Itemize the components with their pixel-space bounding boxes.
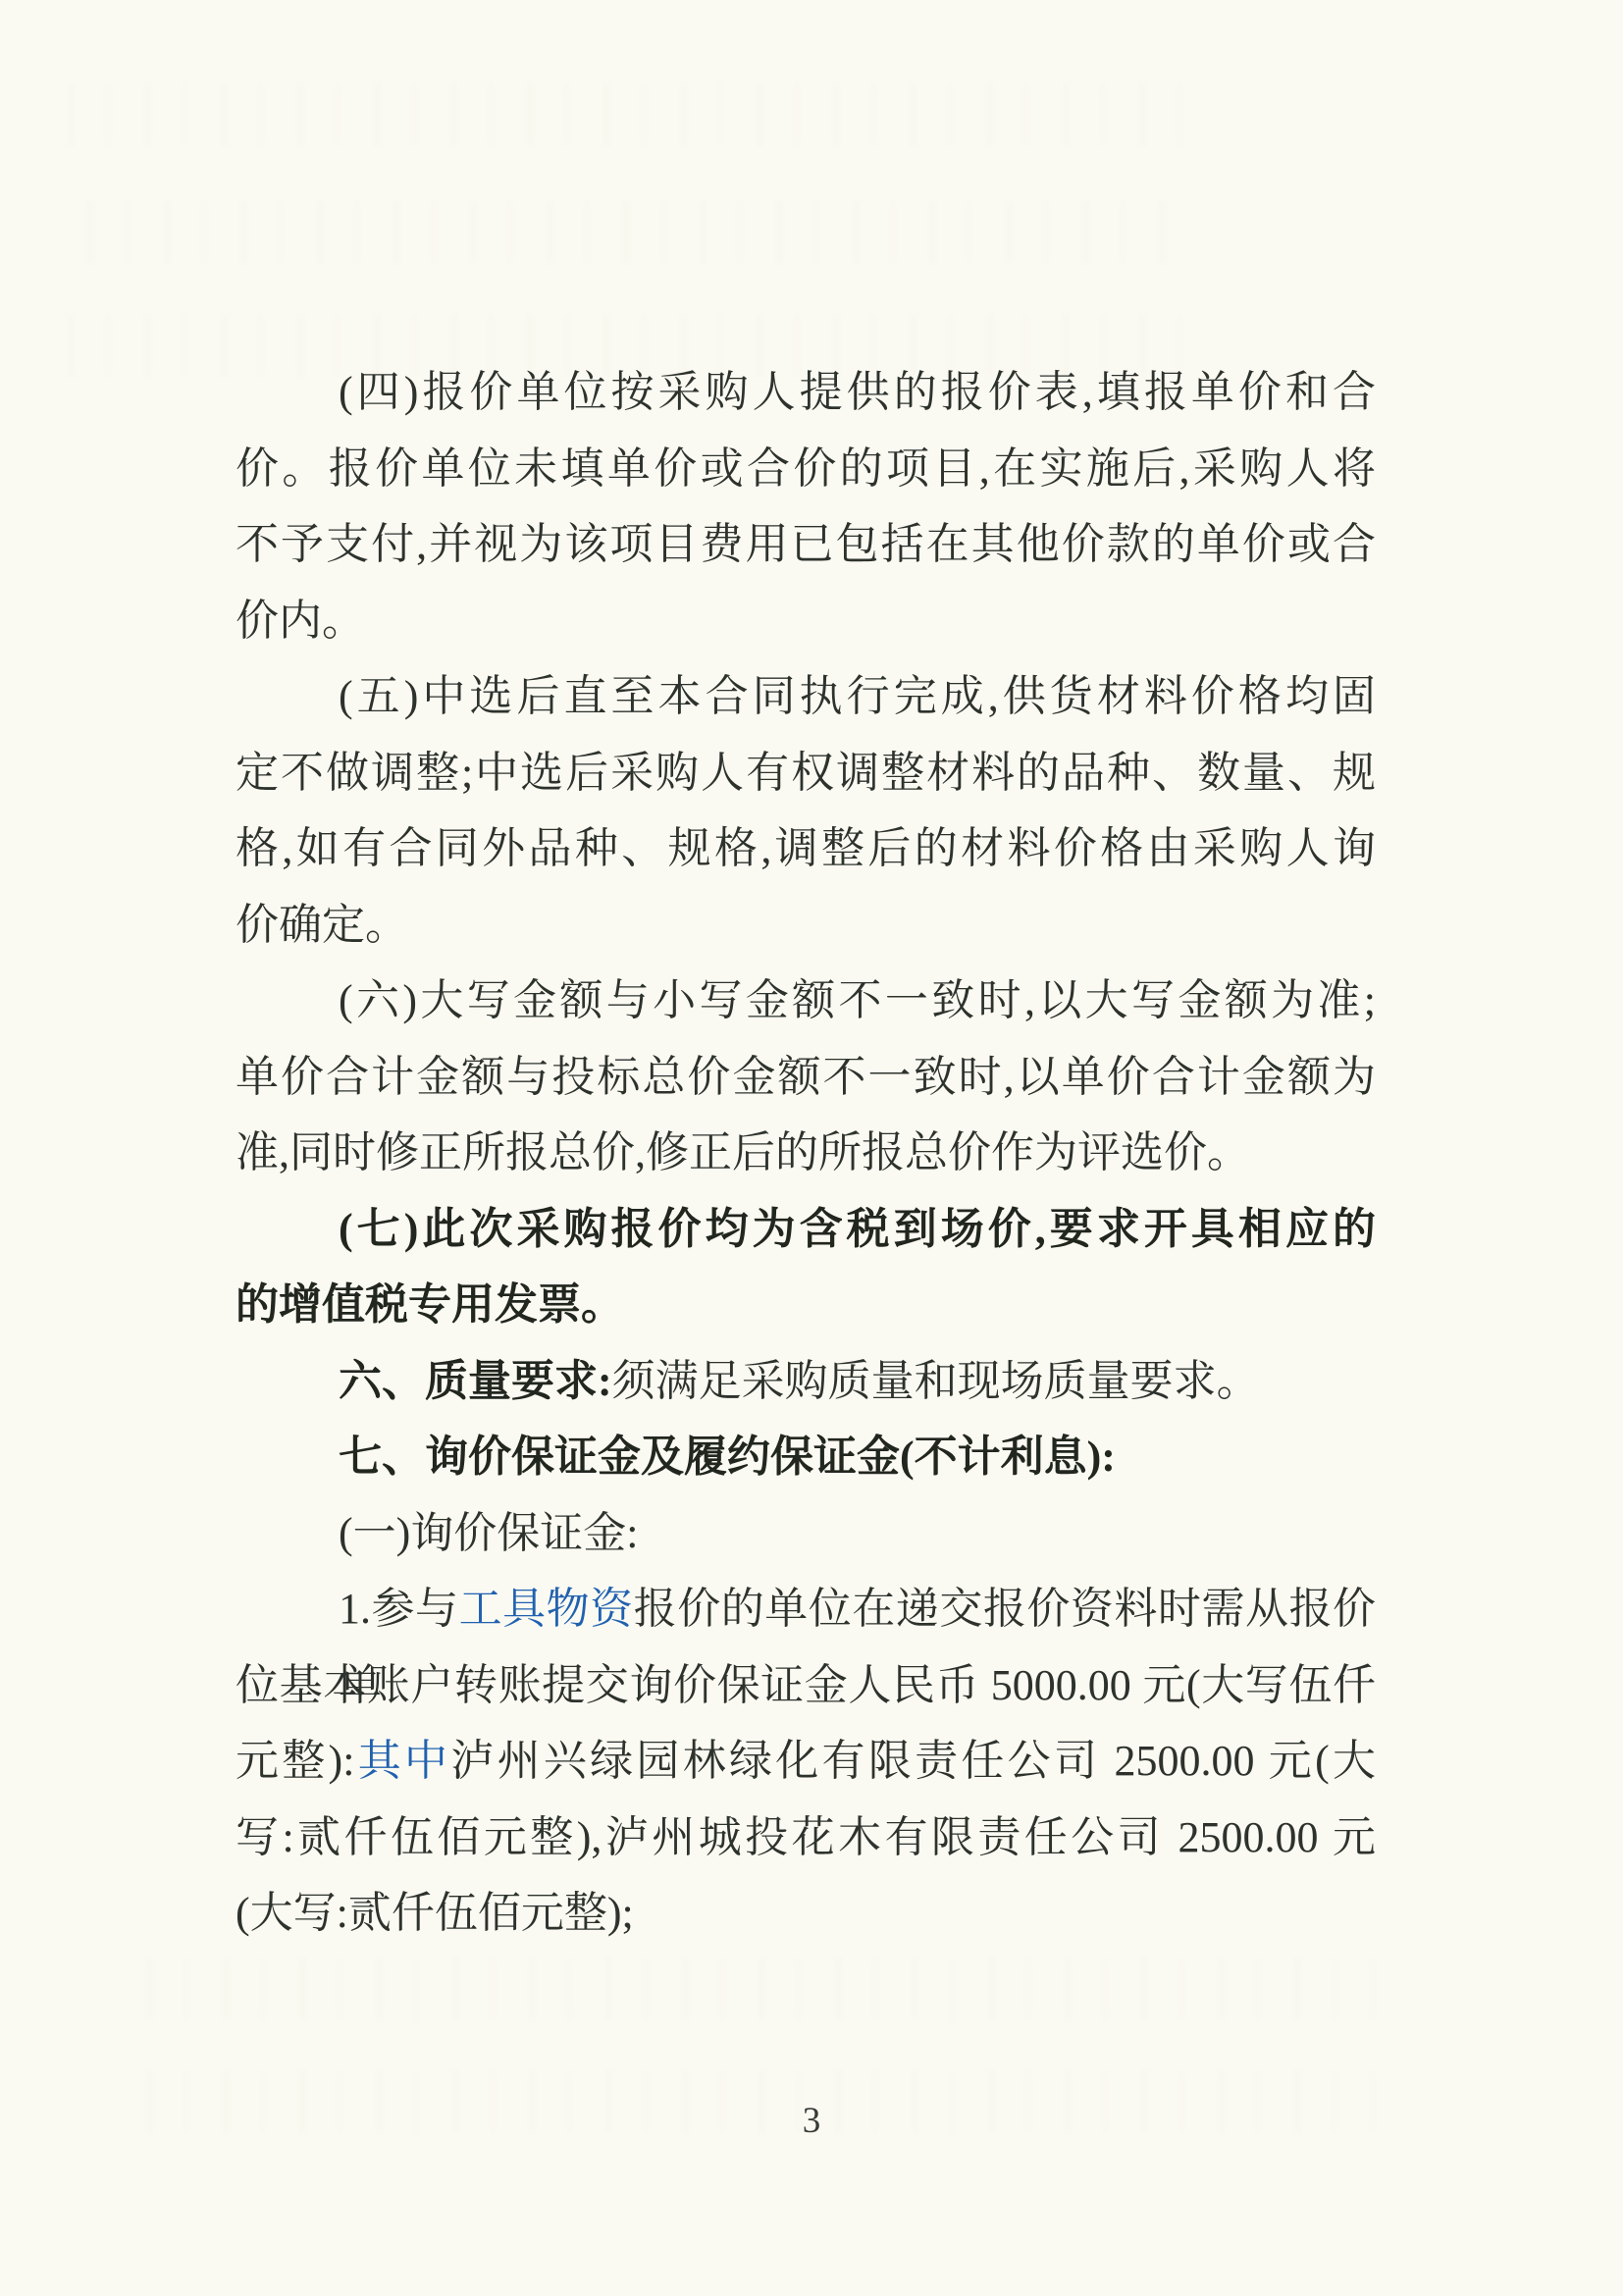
text-run: 须满足采购质量和现场质量要求。 — [612, 1357, 1260, 1405]
text-run: 1.参与 — [339, 1585, 459, 1633]
text-run: 写:贰仟伍佰元整),泸州城投花木有限责任公司 2500.00 元 — [236, 1813, 1376, 1861]
text-run: 价内。 — [236, 597, 365, 645]
text-line: 元整):其中泸州兴绿园林绿化有限责任公司 2500.00 元(大 — [236, 1723, 1376, 1800]
text-line: 七、询价保证金及履约保证金(不计利息): — [236, 1419, 1376, 1495]
text-line: (一)询价保证金: — [236, 1495, 1376, 1572]
text-line: 写:贰仟伍佰元整),泸州城投花木有限责任公司 2500.00 元 — [236, 1800, 1376, 1876]
text-run: (五)中选后直至本合同执行完成,供货材料价格均固 — [339, 672, 1376, 720]
text-line: 六、质量要求:须满足采购质量和现场质量要求。 — [236, 1343, 1376, 1420]
text-run: 工具物资 — [459, 1585, 634, 1633]
bleedthrough-artifact — [88, 201, 1168, 264]
text-run: 六、质量要求: — [339, 1357, 612, 1405]
text-run: 定不做调整;中选后采购人有权调整材料的品种、数量、规 — [236, 749, 1376, 797]
bleedthrough-artifact — [69, 83, 1197, 146]
bleedthrough-artifact — [147, 1957, 1374, 2020]
document-body: (四)报价单位按采购人提供的报价表,填报单价和合价。报价单位未填单价或合价的项目… — [236, 354, 1376, 1952]
text-run: 其中 — [354, 1737, 450, 1785]
text-line: 价内。 — [236, 583, 1376, 659]
text-line: (四)报价单位按采购人提供的报价表,填报单价和合 — [236, 354, 1376, 431]
text-run: 准,同时修正所报总价,修正后的所报总价作为评选价。 — [236, 1128, 1250, 1176]
text-run: 泸州兴绿园林绿化有限责任公司 2500.00 元(大 — [450, 1737, 1376, 1785]
text-line: 价确定。 — [236, 887, 1376, 964]
text-run: 价。报价单位未填单价或合价的项目,在实施后,采购人将 — [236, 444, 1376, 493]
text-run: 单价合计金额与投标总价金额不一致时,以单价合计金额为 — [236, 1053, 1376, 1101]
text-line: (六)大写金额与小写金额不一致时,以大写金额为准; — [236, 963, 1376, 1039]
text-line: 定不做调整;中选后采购人有权调整材料的品种、数量、规 — [236, 735, 1376, 811]
text-run: 价确定。 — [236, 901, 408, 949]
text-line: (五)中选后直至本合同执行完成,供货材料价格均固 — [236, 658, 1376, 735]
page-number: 3 — [0, 2098, 1623, 2145]
text-line: 格,如有合同外品种、规格,调整后的材料价格由采购人询 — [236, 810, 1376, 887]
text-run: 位基本账户转账提交询价保证金人民币 5000.00 元(大写伍仟 — [236, 1661, 1376, 1709]
text-run: (一)询价保证金: — [339, 1509, 639, 1557]
text-line: 准,同时修正所报总价,修正后的所报总价作为评选价。 — [236, 1115, 1376, 1191]
text-run: 格,如有合同外品种、规格,调整后的材料价格由采购人询 — [236, 824, 1376, 872]
text-run: (大写:贰仟伍佰元整); — [236, 1889, 634, 1937]
text-run: (七)此次采购报价均为含税到场价,要求开具相应的 — [339, 1205, 1376, 1253]
text-run: (四)报价单位按采购人提供的报价表,填报单价和合 — [339, 368, 1376, 416]
text-line: 不予支付,并视为该项目费用已包括在其他价款的单价或合 — [236, 506, 1376, 583]
text-line: 单价合计金额与投标总价金额不一致时,以单价合计金额为 — [236, 1039, 1376, 1116]
text-line: 位基本账户转账提交询价保证金人民币 5000.00 元(大写伍仟 — [236, 1647, 1376, 1724]
text-line: 的增值税专用发票。 — [236, 1267, 1376, 1343]
text-run: 的增值税专用发票。 — [236, 1280, 624, 1329]
text-run: (六)大写金额与小写金额不一致时,以大写金额为准; — [339, 976, 1376, 1024]
text-line: 1.参与工具物资报价的单位在递交报价资料时需从报价单 — [236, 1571, 1376, 1647]
text-run: 不予支付,并视为该项目费用已包括在其他价款的单价或合 — [236, 520, 1376, 568]
text-line: 价。报价单位未填单价或合价的项目,在实施后,采购人将 — [236, 431, 1376, 507]
text-run: 七、询价保证金及履约保证金(不计利息): — [339, 1433, 1116, 1481]
text-run: 元整): — [236, 1737, 354, 1785]
scanned-document-page: (四)报价单位按采购人提供的报价表,填报单价和合价。报价单位未填单价或合价的项目… — [0, 0, 1623, 2296]
text-line: (七)此次采购报价均为含税到场价,要求开具相应的 — [236, 1191, 1376, 1268]
text-line: (大写:贰仟伍佰元整); — [236, 1875, 1376, 1952]
